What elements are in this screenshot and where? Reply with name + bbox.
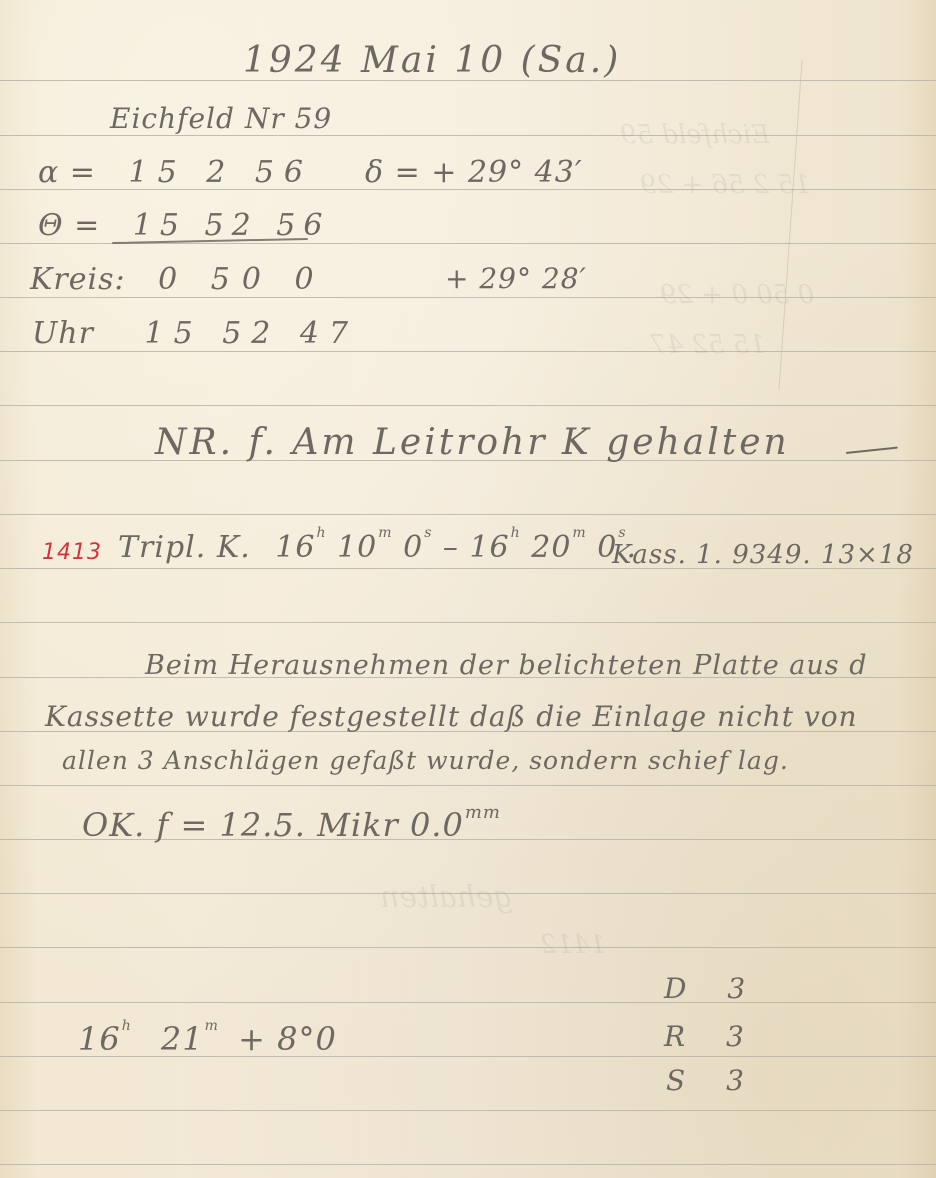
- range-separator: –: [443, 530, 459, 565]
- bleed-through-text: 0 50 0 + 29: [660, 280, 814, 310]
- bleed-through-text: 15 2 56 + 29: [640, 170, 811, 200]
- field-name: Eichfeld Nr 59: [110, 102, 332, 135]
- alpha-value: 15 2 56: [128, 155, 313, 190]
- exposure-description: Tripl. K.: [118, 530, 251, 565]
- rating-row: R 3: [664, 1020, 745, 1053]
- remark-line-1: Beim Herausnehmen der belichteten Platte…: [145, 650, 868, 681]
- exposure-row: Tripl. K. 16h 10m 0s – 16h 20m 0s.: [118, 530, 637, 565]
- exposure-start-minutes: 10: [337, 530, 377, 565]
- alpha-row: α = 15 2 56: [38, 155, 313, 190]
- instrument-note: NR. f. Am Leitrohr K gehalten: [155, 422, 790, 463]
- footer-time-hours: 16: [78, 1020, 121, 1058]
- logbook-page: Eichfeld 59 15 2 56 + 29 0 50 0 + 29 15 …: [0, 0, 936, 1178]
- eyepiece-row: OK. f = 12.5. Mikr 0.0mm: [82, 806, 501, 844]
- ruled-line: [0, 1002, 936, 1003]
- plate-number: 1413: [42, 540, 102, 565]
- rating-label: R: [664, 1020, 686, 1053]
- remark-line-3: allen 3 Anschlägen gefaßt wurde, sondern…: [62, 746, 789, 775]
- bleed-through-text: Eichfeld 59: [620, 120, 770, 150]
- footer-temperature: + 8°0: [238, 1020, 337, 1058]
- ruled-line: [0, 947, 936, 948]
- eyepiece-unit: mm: [465, 802, 501, 823]
- eyepiece-text: OK. f = 12.5. Mikr 0.0: [82, 806, 464, 844]
- ruled-line: [0, 785, 936, 786]
- cassette-info: Kass. 1. 9349. 13×18: [612, 540, 914, 570]
- delta-value: + 29° 43′: [431, 155, 582, 190]
- uhr-label: Uhr: [32, 316, 94, 351]
- entry-date: 1924 Mai 10 (Sa.): [243, 40, 621, 81]
- rating-label: S: [666, 1064, 686, 1097]
- uhr-row: Uhr 15 52 47: [32, 316, 358, 351]
- kreis-row: Kreis: 0 50 0: [30, 262, 326, 297]
- unit-m: m: [378, 525, 392, 541]
- exposure-end-minutes: 20: [531, 530, 571, 565]
- unit-h: h: [317, 525, 327, 541]
- unit-m: m: [205, 1018, 219, 1034]
- unit-h: h: [122, 1018, 132, 1034]
- ruled-line: [0, 622, 936, 623]
- ruled-line: [0, 514, 936, 515]
- exposure-start-seconds: 0: [403, 530, 423, 565]
- theta-label: Θ =: [38, 208, 100, 243]
- ruled-line: [0, 351, 936, 352]
- kreis-declination: + 29° 28′: [445, 262, 587, 295]
- rating-row: S 3: [666, 1064, 745, 1097]
- rating-value: 3: [727, 972, 746, 1005]
- ruled-line: [0, 1164, 936, 1165]
- rating-label: D: [664, 972, 687, 1005]
- ruled-line: [0, 405, 936, 406]
- paper-crease: [778, 60, 802, 389]
- delta-label: δ =: [365, 155, 421, 190]
- rating-value: 3: [726, 1064, 745, 1097]
- remark-line-2: Kassette wurde festgestellt daß die Einl…: [45, 700, 858, 733]
- footer-time-minutes: 21: [161, 1020, 204, 1058]
- bleed-through-text: gehalten: [380, 880, 513, 915]
- alpha-label: α =: [38, 155, 96, 190]
- flourish-stroke: [846, 447, 898, 454]
- exposure-end-hours: 16: [469, 530, 509, 565]
- exposure-start-hours: 16: [275, 530, 315, 565]
- unit-m: m: [572, 525, 586, 541]
- rating-row: D 3: [664, 972, 746, 1005]
- kreis-label: Kreis:: [30, 262, 126, 297]
- bleed-through-text: 1412: [540, 930, 606, 960]
- kreis-value: 0 50 0: [158, 262, 325, 297]
- footer-time-row: 16h 21m + 8°0: [78, 1020, 337, 1058]
- ruled-line: [0, 1110, 936, 1111]
- rating-value: 3: [726, 1020, 745, 1053]
- unit-s: s: [424, 525, 432, 541]
- bleed-through-text: 15 52 47: [650, 330, 766, 360]
- unit-h: h: [511, 525, 521, 541]
- delta-row: δ = + 29° 43′: [365, 155, 583, 190]
- uhr-value: 15 52 47: [145, 316, 359, 351]
- unit-s: s: [618, 525, 626, 541]
